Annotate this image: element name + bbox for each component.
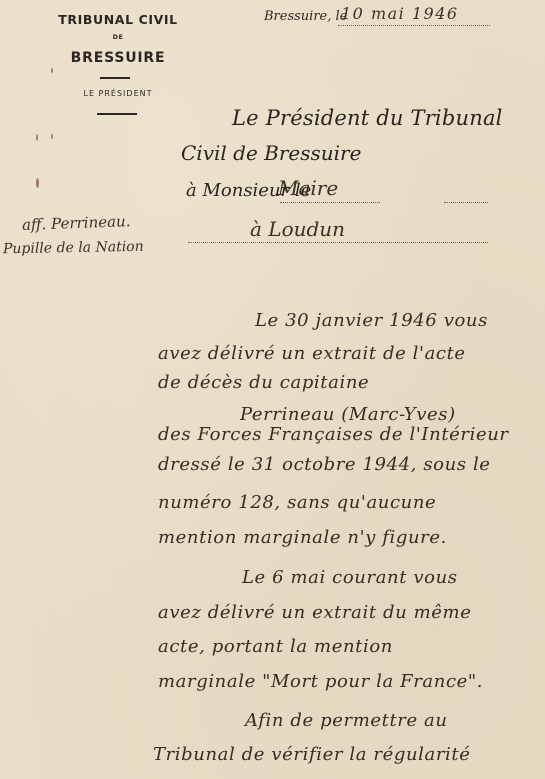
- header-civil-de-bressuire: Civil de Bressuire: [181, 141, 361, 165]
- margin-note-pupille: Pupille de la Nation: [3, 239, 144, 257]
- body-line: avez délivré un extrait de l'acte: [158, 343, 466, 364]
- body-line: de décès du capitaine: [158, 372, 369, 393]
- margin-note-affair: aff. Perrineau.: [22, 212, 131, 234]
- recipient-dotted-line-2: [444, 202, 488, 203]
- paper-stain: [36, 178, 39, 188]
- paper-speck: [51, 68, 53, 73]
- body-line: numéro 128, sans qu'aucune: [158, 492, 436, 513]
- date-dotted-line: [338, 25, 490, 26]
- recipient-city-handwritten: à Loudun: [250, 217, 345, 241]
- date-printed-prefix: Bressuire, le: [264, 9, 347, 24]
- body-line: acte, portant la mention: [158, 636, 393, 657]
- letterhead-tribunal-civil: TRIBUNAL CIVIL: [48, 12, 188, 27]
- paper-speck: [36, 134, 38, 141]
- city-dotted-line: [188, 242, 488, 243]
- letterhead-de: DE: [48, 33, 188, 41]
- letterhead-le-president: LE PRÉSIDENT: [48, 89, 188, 98]
- body-line: Le 6 mai courant vous: [242, 567, 458, 588]
- body-line: marginale "Mort pour la France".: [158, 671, 483, 692]
- body-line: Tribunal de vérifier la régularité: [153, 744, 470, 765]
- body-line: des Forces Françaises de l'Intérieur: [158, 424, 509, 445]
- body-line: dressé le 31 octobre 1944, sous le: [158, 454, 491, 475]
- paper-speck: [51, 134, 53, 139]
- date-handwritten: 10 mai 1946: [341, 4, 459, 23]
- body-line: Le 30 janvier 1946 vous: [255, 310, 488, 331]
- body-line: avez délivré un extrait du même: [158, 602, 471, 623]
- body-line: mention marginale n'y figure.: [158, 527, 447, 548]
- recipient-title-handwritten: Maire: [278, 176, 338, 200]
- body-line: Perrineau (Marc-Yves): [240, 404, 456, 425]
- header-president-du-tribunal: Le Président du Tribunal: [232, 106, 503, 130]
- body-line: Afin de permettre au: [245, 710, 448, 731]
- letterhead-bressuire: BRESSUIRE: [48, 50, 188, 66]
- recipient-dotted-line: [280, 202, 380, 203]
- letterhead-divider: [97, 113, 137, 115]
- letterhead-divider: [100, 77, 130, 79]
